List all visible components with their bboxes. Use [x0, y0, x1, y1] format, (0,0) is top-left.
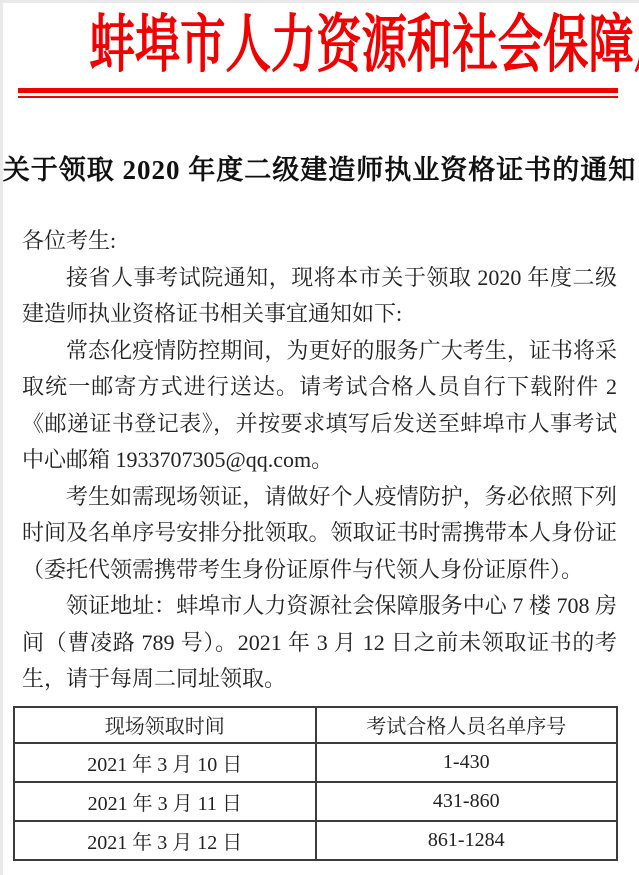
paragraph-address: 领证地址：蚌埠市人力资源社会保障服务中心 7 楼 708 房间（曹凌路 789 …	[22, 588, 617, 698]
notice-page: 蚌埠市人力资源和社会保障局 关于领取 2020 年度二级建造师执业资格证书的通知…	[0, 0, 639, 875]
table-row: 2021 年 3 月 12 日 861-1284	[14, 821, 617, 860]
letterhead-divider-thick-line	[18, 88, 618, 93]
letterhead-divider	[18, 88, 618, 98]
table-row: 2021 年 3 月 11 日 431-860	[14, 782, 617, 821]
org-title: 蚌埠市人力资源和社会保障局	[89, 4, 549, 86]
cell-serial-range: 1-430	[316, 743, 618, 782]
cell-pickup-date: 2021 年 3 月 12 日	[14, 821, 316, 860]
paragraph-intro: 接省人事考试院通知，现将本市关于领取 2020 年度二级建造师执业资格证书相关事…	[22, 260, 617, 333]
header-serial-range: 考试合格人员名单序号	[316, 707, 618, 743]
letterhead: 蚌埠市人力资源和社会保障局	[0, 0, 639, 98]
salutation: 各位考生:	[22, 223, 617, 260]
cell-pickup-date: 2021 年 3 月 10 日	[14, 743, 316, 782]
cell-serial-range: 431-860	[316, 782, 618, 821]
notice-title: 关于领取 2020 年度二级建造师执业资格证书的通知	[0, 148, 639, 187]
paragraph-mailing: 常态化疫情防控期间，为更好的服务广大考生，证书将采取统一邮寄方式进行送达。请考试…	[22, 333, 617, 479]
cell-serial-range: 861-1284	[316, 821, 618, 860]
paragraph-onsite-pickup: 考生如需现场领证，请做好个人疫情防护，务必依照下列时间及名单序号安排分批领取。领…	[22, 479, 617, 589]
table-row: 2021 年 3 月 10 日 1-430	[14, 743, 617, 782]
header-pickup-time: 现场领取时间	[14, 707, 316, 743]
pickup-schedule-body: 2021 年 3 月 10 日 1-430 2021 年 3 月 11 日 43…	[14, 743, 617, 860]
table-header-row: 现场领取时间 考试合格人员名单序号	[14, 707, 617, 743]
letterhead-divider-thin-line	[18, 96, 618, 98]
pickup-schedule-header: 现场领取时间 考试合格人员名单序号	[14, 707, 617, 743]
cell-pickup-date: 2021 年 3 月 11 日	[14, 782, 316, 821]
notice-body: 各位考生: 接省人事考试院通知，现将本市关于领取 2020 年度二级建造师执业资…	[22, 223, 617, 698]
pickup-schedule-table: 现场领取时间 考试合格人员名单序号 2021 年 3 月 10 日 1-430 …	[13, 706, 618, 861]
